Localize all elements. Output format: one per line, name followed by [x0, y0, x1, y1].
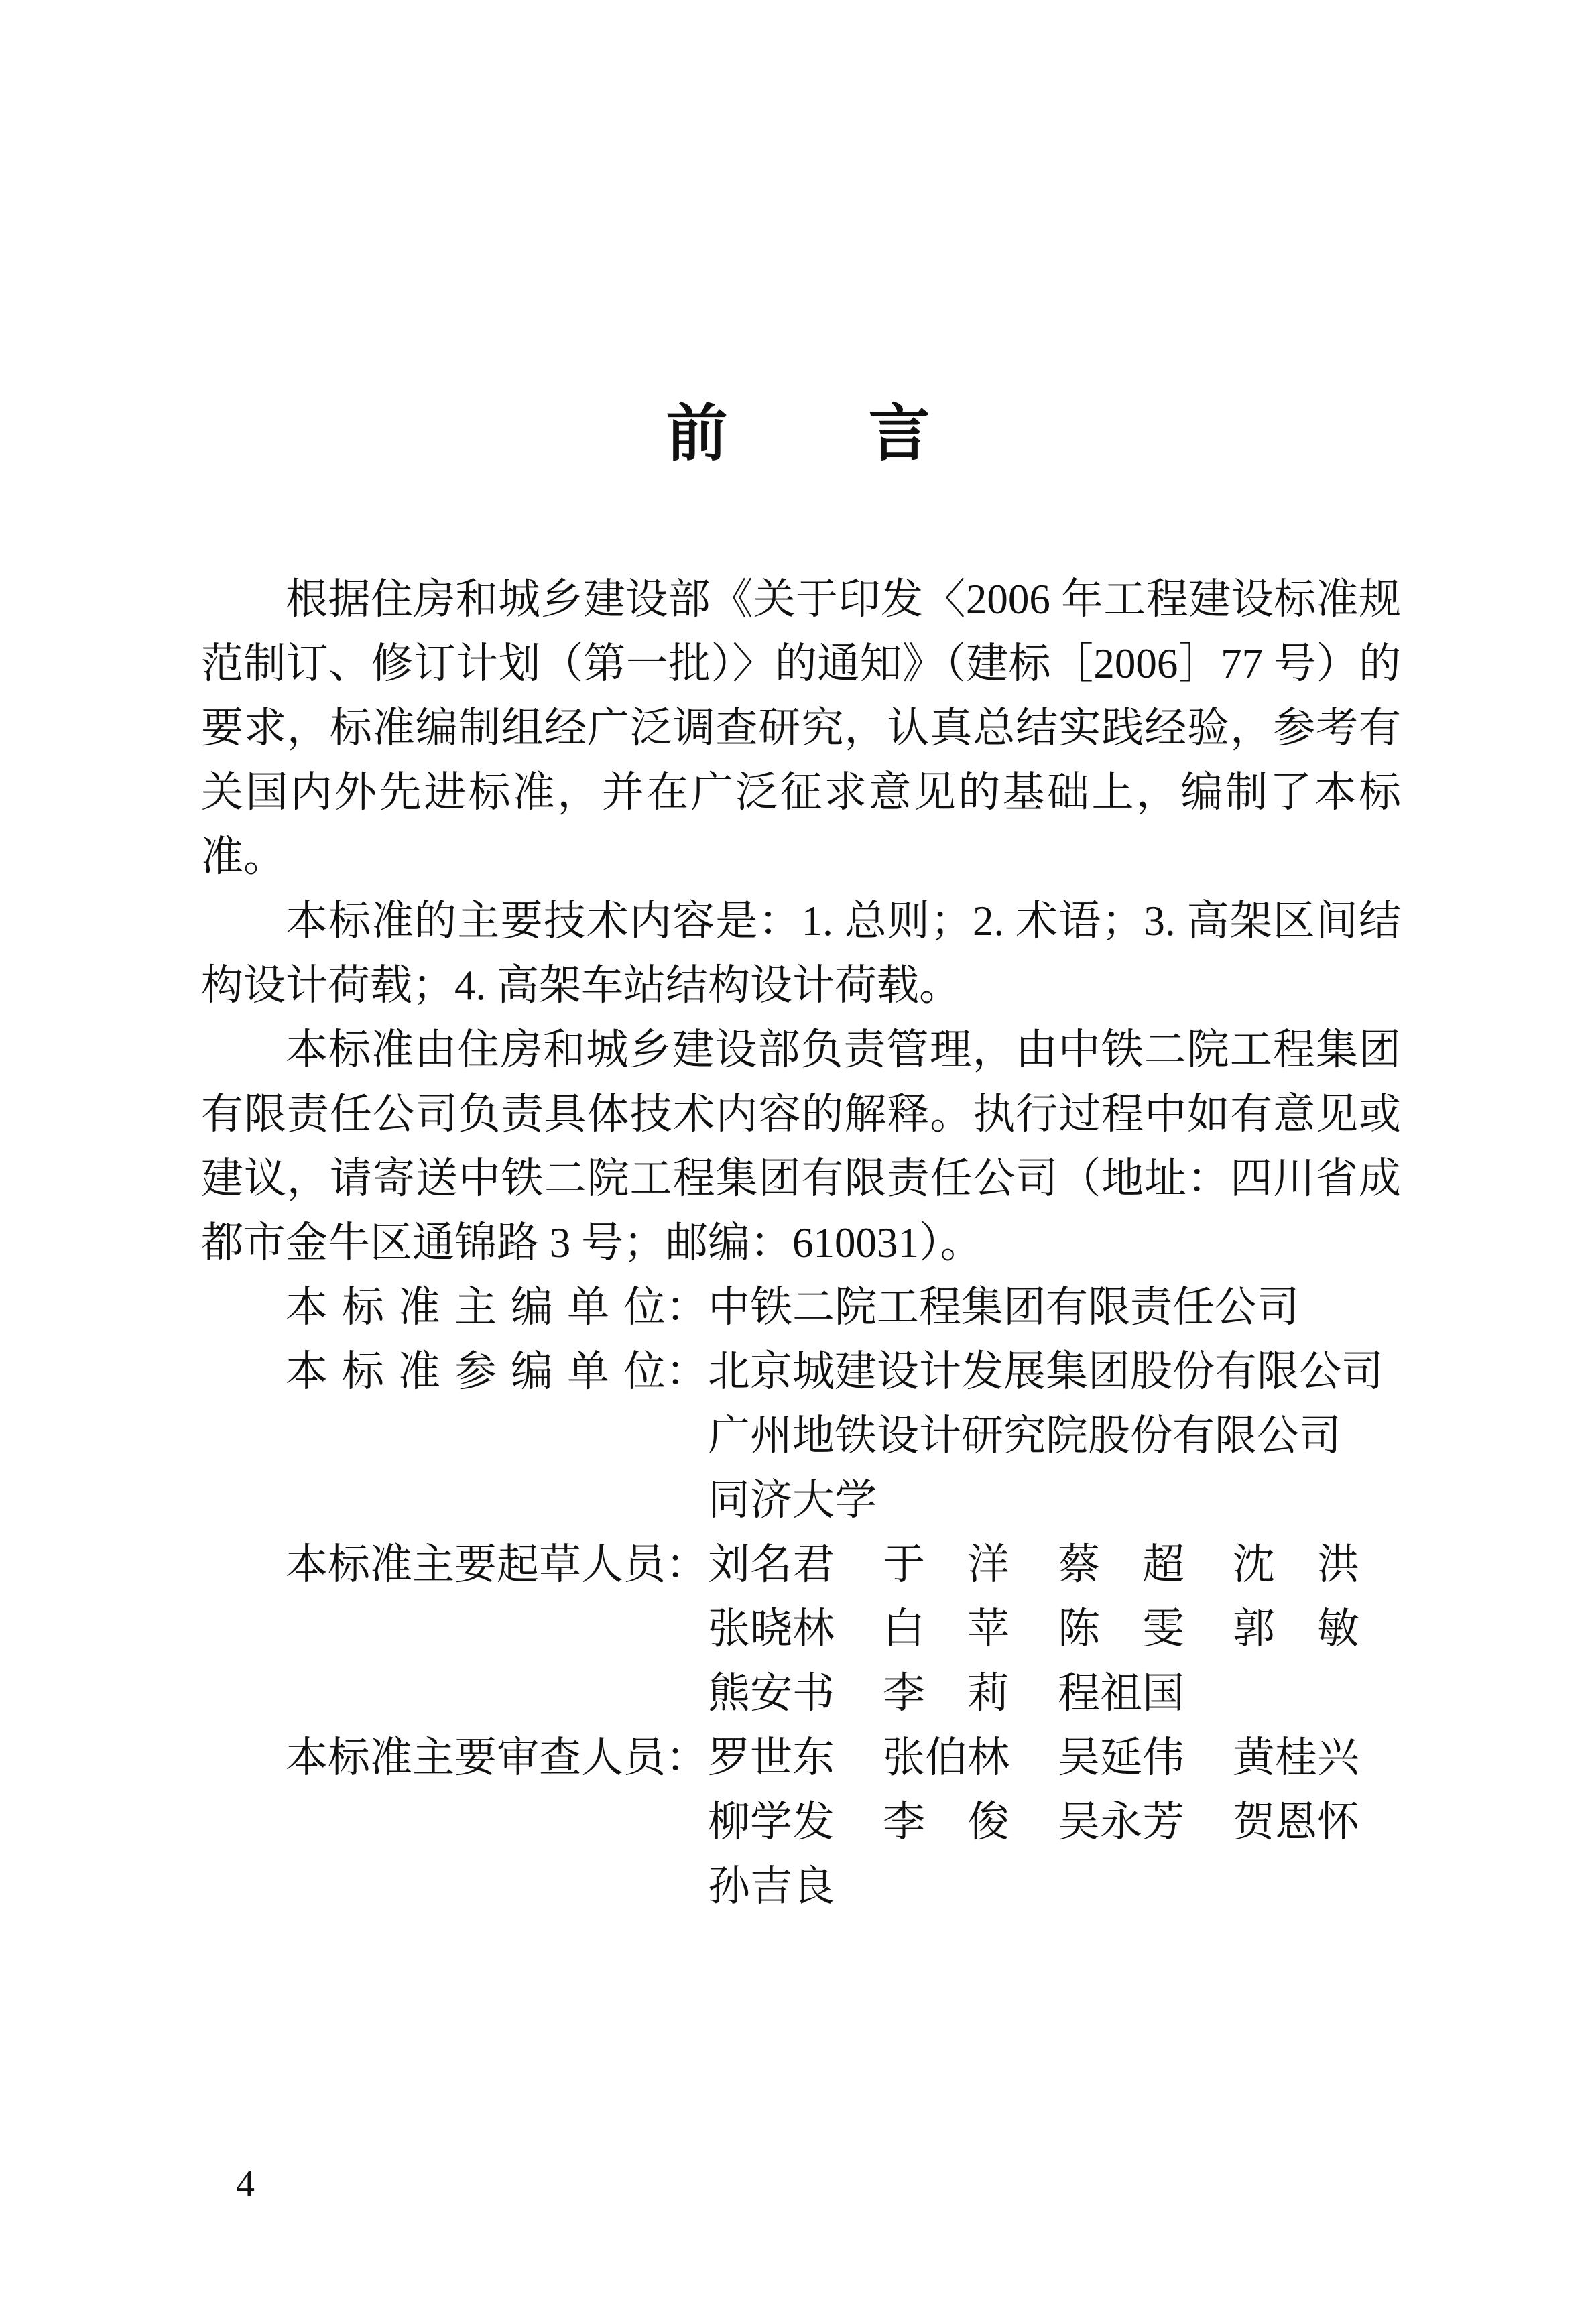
preface-paragraph: 本标准的主要技术内容是：1. 总则；2. 术语；3. 高架区间结构设计荷载；4.…: [201, 889, 1401, 1018]
credits-section: 本标准主编单位 ： 中铁二院工程集团有限责任公司 本标准参编单位 ： 北京城建设…: [201, 1275, 1401, 1919]
person-name: 贺恩怀: [1233, 1790, 1359, 1854]
credit-values: 中铁二院工程集团有限责任公司: [708, 1275, 1401, 1339]
person-name: 吴延伟: [1058, 1725, 1184, 1790]
credit-value-line: 北京城建设计发展集团股份有限公司: [708, 1339, 1401, 1404]
credit-row-co-editors: 本标准参编单位 ： 北京城建设计发展集团股份有限公司 广州地铁设计研究院股份有限…: [201, 1339, 1401, 1532]
credit-row-reviewers: 本标准主要审查人员 ： 罗世东 张伯林 吴延伟 黄桂兴 柳学发 李俊 吴永芳 贺…: [201, 1725, 1401, 1919]
person-name: 蔡超: [1058, 1532, 1184, 1597]
person-name: 张伯林: [883, 1725, 1009, 1790]
person-name: 陈雯: [1058, 1597, 1184, 1661]
credit-value-line: 广州地铁设计研究院股份有限公司: [708, 1404, 1401, 1468]
person-name: 白苹: [883, 1597, 1009, 1661]
title-char-left: 前: [666, 401, 727, 467]
person-name: 张晓林: [708, 1597, 835, 1661]
credit-values: 罗世东 张伯林 吴延伟 黄桂兴 柳学发 李俊 吴永芳 贺恩怀 孙吉良: [708, 1725, 1401, 1919]
person-name: 孙吉良: [708, 1854, 835, 1919]
page-title: 前 言: [0, 401, 1596, 467]
credit-row-chief-editor: 本标准主编单位 ： 中铁二院工程集团有限责任公司: [201, 1275, 1401, 1339]
person-name: 程祖国: [1058, 1661, 1184, 1725]
credit-label: 本标准主编单位: [286, 1275, 666, 1339]
names-row: 柳学发 李俊 吴永芳 贺恩怀: [708, 1790, 1401, 1854]
credit-colon: ：: [666, 1275, 708, 1339]
page-number: 4: [236, 2164, 255, 2204]
names-row: 罗世东 张伯林 吴延伟 黄桂兴: [708, 1725, 1401, 1790]
person-name: 熊安书: [708, 1661, 835, 1725]
preface-paragraph: 根据住房和城乡建设部《关于印发〈2006 年工程建设标准规范制订、修订计划（第一…: [201, 567, 1401, 889]
person-name: 罗世东: [708, 1725, 835, 1790]
person-name: 吴永芳: [1058, 1790, 1184, 1854]
credit-colon: ：: [666, 1339, 708, 1404]
person-name: 黄桂兴: [1233, 1725, 1359, 1790]
person-name: 沈洪: [1233, 1532, 1359, 1597]
credit-colon: ：: [666, 1532, 708, 1597]
person-name: 刘名君: [708, 1532, 835, 1597]
preface-content: 根据住房和城乡建设部《关于印发〈2006 年工程建设标准规范制订、修订计划（第一…: [201, 567, 1401, 1919]
person-name: 柳学发: [708, 1790, 835, 1854]
credit-values: 刘名君 于洋 蔡超 沈洪 张晓林 白苹 陈雯 郭敏 熊安书 李莉 程祖国: [708, 1532, 1401, 1725]
credit-colon: ：: [666, 1725, 708, 1790]
credit-label: 本标准主要起草人员: [286, 1532, 666, 1597]
credit-value-line: 中铁二院工程集团有限责任公司: [708, 1275, 1401, 1339]
title-char-right: 言: [869, 401, 930, 467]
credit-label: 本标准参编单位: [286, 1339, 666, 1404]
names-row: 张晓林 白苹 陈雯 郭敏: [708, 1597, 1401, 1661]
credit-value-line: 同济大学: [708, 1468, 1401, 1532]
credit-label: 本标准主要审查人员: [286, 1725, 666, 1790]
person-name: 李莉: [883, 1661, 1009, 1725]
preface-paragraph: 本标准由住房和城乡建设部负责管理，由中铁二院工程集团有限责任公司负责具体技术内容…: [201, 1018, 1401, 1275]
names-row: 刘名君 于洋 蔡超 沈洪: [708, 1532, 1401, 1597]
document-page: 前 言 根据住房和城乡建设部《关于印发〈2006 年工程建设标准规范制订、修订计…: [0, 0, 1596, 2310]
person-name: 李俊: [883, 1790, 1009, 1854]
person-name: 于洋: [883, 1532, 1009, 1597]
names-row: 熊安书 李莉 程祖国: [708, 1661, 1401, 1725]
credit-values: 北京城建设计发展集团股份有限公司 广州地铁设计研究院股份有限公司 同济大学: [708, 1339, 1401, 1532]
credit-row-drafters: 本标准主要起草人员 ： 刘名君 于洋 蔡超 沈洪 张晓林 白苹 陈雯 郭敏: [201, 1532, 1401, 1725]
person-name: 郭敏: [1233, 1597, 1359, 1661]
names-row: 孙吉良: [708, 1854, 1401, 1919]
